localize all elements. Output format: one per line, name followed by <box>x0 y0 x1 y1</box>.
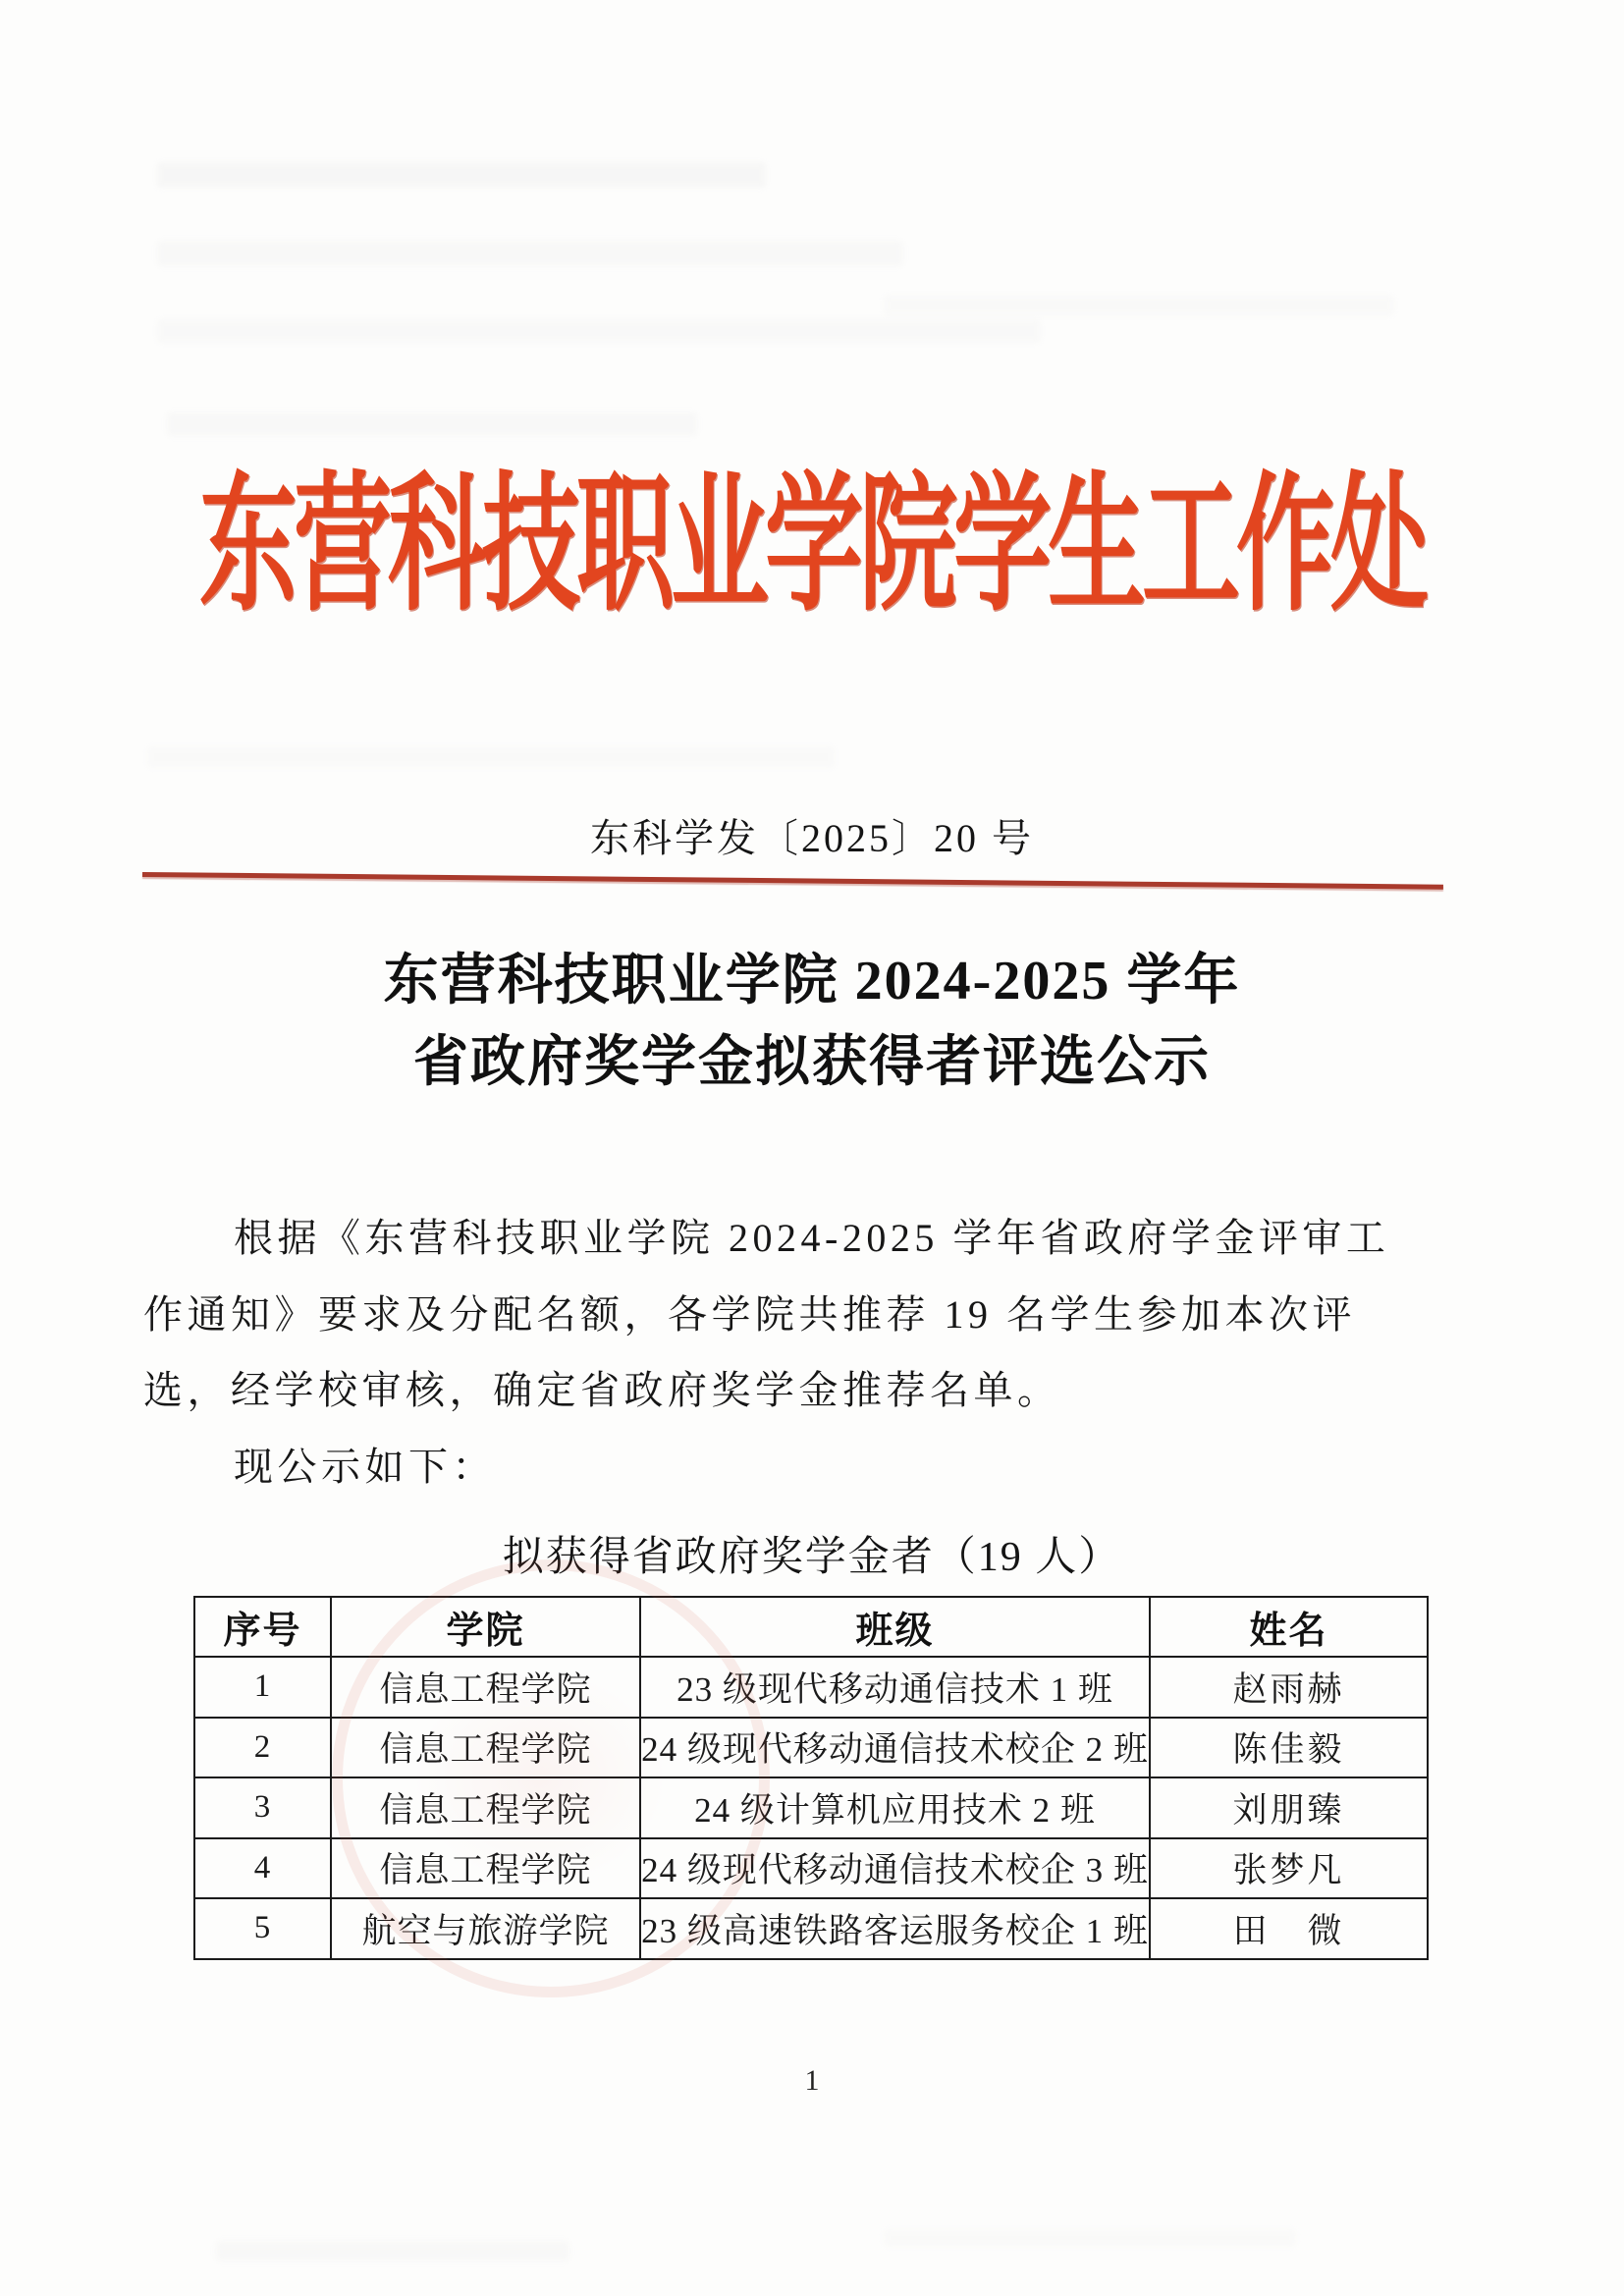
scanned-document-page: 东营科技职业学院学生工作处 东科学发〔2025〕20 号 东营科技职业学院 20… <box>0 0 1624 2296</box>
cell-index: 4 <box>194 1838 331 1899</box>
table-row: 4 信息工程学院 24 级现代移动通信技术校企 3 班 张梦凡 <box>194 1838 1428 1899</box>
table-header-college: 学院 <box>331 1597 640 1657</box>
cell-college: 信息工程学院 <box>331 1657 640 1718</box>
cell-index: 5 <box>194 1898 331 1959</box>
body-text-line: 现公示如下： <box>143 1429 1449 1505</box>
cell-index: 1 <box>194 1657 331 1718</box>
cell-class: 23 级高速铁路客运服务校企 1 班 <box>640 1898 1150 1959</box>
bleed-through-ghost <box>216 2241 569 2261</box>
bleed-through-ghost <box>157 241 903 266</box>
cell-college: 信息工程学院 <box>331 1838 640 1899</box>
page-number: 1 <box>0 2064 1624 2098</box>
table-header-class: 班级 <box>640 1597 1150 1657</box>
table-header-index: 序号 <box>194 1597 331 1657</box>
body-text-line: 作通知》要求及分配名额，各学院共推荐 19 名学生参加本次评 <box>143 1277 1449 1353</box>
table-row: 3 信息工程学院 24 级计算机应用技术 2 班 刘朋臻 <box>194 1777 1428 1838</box>
bleed-through-ghost <box>884 2229 1296 2247</box>
bleed-through-ghost <box>147 746 835 768</box>
cell-name: 赵雨赫 <box>1150 1657 1428 1718</box>
table-header-row: 序号 学院 班级 姓名 <box>194 1597 1428 1657</box>
cell-college: 信息工程学院 <box>331 1718 640 1778</box>
recipients-table: 序号 学院 班级 姓名 1 信息工程学院 23 级现代移动通信技术 1 班 赵雨… <box>193 1596 1429 1960</box>
cell-class: 24 级现代移动通信技术校企 3 班 <box>640 1838 1150 1899</box>
cell-college: 信息工程学院 <box>331 1777 640 1838</box>
red-divider-line <box>142 872 1443 890</box>
cell-name: 陈佳毅 <box>1150 1718 1428 1778</box>
cell-index: 2 <box>194 1718 331 1778</box>
body-text-line: 根据《东营科技职业学院 2024-2025 学年省政府学金评审工 <box>143 1200 1449 1277</box>
agency-header: 东营科技职业学院学生工作处 <box>0 454 1624 595</box>
bleed-through-ghost <box>157 319 1041 343</box>
table-row: 1 信息工程学院 23 级现代移动通信技术 1 班 赵雨赫 <box>194 1657 1428 1718</box>
bleed-through-ghost <box>884 295 1394 316</box>
cell-class: 23 级现代移动通信技术 1 班 <box>640 1657 1150 1718</box>
document-number: 东科学发〔2025〕20 号 <box>0 807 1624 863</box>
table-header-name: 姓名 <box>1150 1597 1428 1657</box>
cell-name: 田 微 <box>1150 1898 1428 1959</box>
document-title-line-2: 省政府奖学金拟获得者评选公示 <box>0 1022 1624 1104</box>
cell-name: 张梦凡 <box>1150 1838 1428 1899</box>
document-title: 东营科技职业学院 2024-2025 学年 省政府奖学金拟获得者评选公示 <box>0 941 1624 1104</box>
agency-header-text: 东营科技职业学院学生工作处 <box>199 424 1425 639</box>
table-row: 2 信息工程学院 24 级现代移动通信技术校企 2 班 陈佳毅 <box>194 1718 1428 1778</box>
cell-name: 刘朋臻 <box>1150 1777 1428 1838</box>
cell-class: 24 级计算机应用技术 2 班 <box>640 1777 1150 1838</box>
document-title-line-1: 东营科技职业学院 2024-2025 学年 <box>0 941 1624 1022</box>
table-caption: 拟获得省政府奖学金者（19 人） <box>0 1524 1624 1583</box>
table-row: 5 航空与旅游学院 23 级高速铁路客运服务校企 1 班 田 微 <box>194 1898 1428 1959</box>
cell-index: 3 <box>194 1777 331 1838</box>
body-text-line: 选，经学校审核，确定省政府奖学金推荐名单。 <box>143 1352 1449 1429</box>
body-paragraph: 根据《东营科技职业学院 2024-2025 学年省政府学金评审工 作通知》要求及… <box>143 1200 1449 1504</box>
cell-class: 24 级现代移动通信技术校企 2 班 <box>640 1718 1150 1778</box>
cell-college: 航空与旅游学院 <box>331 1898 640 1959</box>
bleed-through-ghost <box>157 162 766 188</box>
